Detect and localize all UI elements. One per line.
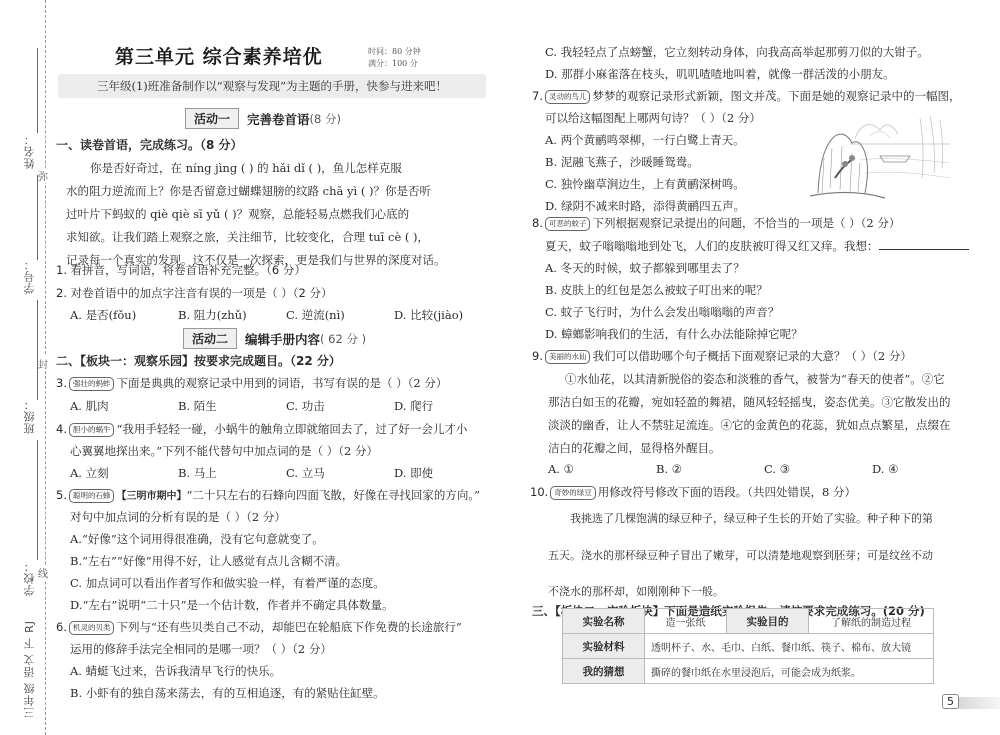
seal-mark: 线 [38,565,48,580]
question-tag: 强壮的蚂蚱 [69,377,115,391]
question-6: 6.机灵的贝类下列与“还有些贝类自己不动，却能巴在轮船底下作免费的长途旅行” [56,619,462,635]
name-label: 姓名： [22,133,38,169]
activity-1-score: (8 分) [310,111,341,127]
option-d[interactable]: D. ④ [872,462,980,476]
table-header-cell: 我的猜想 [563,659,645,684]
table-row: 实验材料 透明杯子、水、毛巾、白纸、餐巾纸、筷子、棉布、放大镜 [563,634,934,659]
option-c[interactable]: C. 功击 [286,398,394,414]
section-2-heading: 二、【板块一：观察乐园】按要求完成题目。（22 分） [56,352,341,369]
class-line [37,300,38,400]
question-text: “二十只左右的石蜂向四面飞散，好像在寻找回家的方向。” [186,488,480,502]
option-b[interactable]: B. ② [656,462,764,476]
option-b[interactable]: B. 陌生 [178,398,286,414]
seal-mark: 封 [38,356,48,371]
binding-margin: 姓名： 学号： 班级： 学校： 三年级 语文 下 RJ 弥 封 线 [0,0,48,735]
passage-line: 过叶片下蚂蚁的 qiè qiè sī yǔ ( )？观察，总能轻易点燃我们心底的 [66,206,409,222]
question-7-text-cont: 可以给这幅图配上哪两句诗？（ ）（2 分） [545,110,761,126]
table-row: 实验名称 造一张纸 实验目的 了解纸的制造过程 [563,609,934,634]
option-c[interactable]: C. 立马 [286,465,394,481]
option-a[interactable]: A. 冬天的时候，蚊子都躲到哪里去了？ [545,260,745,276]
question-4-options: A. 立刻 B. 马上 C. 立马 D. 即使 [70,465,502,481]
question-text: 梦梦的观察记录形式新颖，图文并茂。下面是她的观察记录中的一幅图， [592,89,960,103]
intro-banner: 三年级(1)班准备制作以“观察与发现”为主题的手册，快参与进来吧！ [58,74,486,98]
question-number: 5. [56,488,67,502]
activity-2-title: 编辑手册内容 [245,330,320,348]
option-c[interactable]: C. 逆流(nì) [286,307,394,323]
class-label: 班级： [22,398,38,434]
table-cell: 透明杯子、水、毛巾、白纸、餐巾纸、筷子、棉布、放大镜 [645,634,934,659]
passage-line: 洁白的花瓣之间，显得格外醒目。 [548,440,721,456]
activity-1-box: 活动一 [185,108,239,129]
question-text: “我用手轻轻一碰，小蜗牛的触角立即就缩回去了，过了好一会儿才小 [116,422,467,436]
seal-mark: 弥 [38,168,48,183]
passage-line: 淡淡的幽香，让人不禁驻足流连。④它的金黄色的花蕊，犹如点点繁星，点缀在 [548,417,951,433]
full-score: 满分：100 分 [368,58,421,70]
record-text: 夏天，蚊子嗡嗡嗡地到处飞，人们的皮肤被叮得又红又痒。我想： [545,239,879,253]
section-1-heading: 一、读卷首语，完成练习。（8 分） [56,136,243,153]
question-number: 6. [56,620,67,634]
option-a[interactable]: A. 是否(fǒu) [70,307,178,323]
question-9-options: A. ① B. ② C. ③ D. ④ [548,462,980,476]
option-c[interactable]: C. ③ [764,462,872,476]
option-c[interactable]: C. 我轻轻点了点螃蟹，它立刻转动身体，向我高高举起那剪刀似的大钳子。 [545,44,929,60]
question-tag: 灵动的鸟儿 [545,90,591,104]
option-b[interactable]: B. 阻力(zhǔ) [178,307,286,323]
activity-2-score: ( 62 分 ) [320,331,366,347]
option-a[interactable]: A.“好像”这个词用得很准确，没有它句意就变了。 [70,531,324,547]
willow-orioles-illustration [810,108,960,203]
question-number: 9. [532,349,543,363]
student-id-line [37,175,38,260]
passage-line: 你是否好奇过，在 níng jìng ( ) 的 hǎi dǐ ( )，鱼儿怎样… [90,160,402,176]
table-header-cell: 实验目的 [727,609,809,634]
question-3-options: A. 肌肉 B. 陌生 C. 功击 D. 爬行 [70,398,502,414]
question-tag: 奇妙的绿豆 [550,486,596,500]
table-cell: 撕碎的餐巾纸在水里浸泡后，可能会成为纸浆。 [645,659,934,684]
option-d[interactable]: D. 比较(jiào) [394,307,502,323]
book-label: 三年级 语文 下 RJ [22,620,38,718]
page-number: 5 [942,694,959,709]
question-1: 1. 看拼音，写词语，将卷首语补充完整。（6 分） [56,262,306,278]
exam-meta: 时间：80 分钟 满分：100 分 [368,46,421,70]
student-id-label: 学号： [22,258,38,294]
table-row: 我的猜想 撕碎的餐巾纸在水里浸泡后，可能会成为纸浆。 [563,659,934,684]
option-d[interactable]: D. 绿阴不减来时路，添得黄鹂四五声。 [545,198,745,214]
option-b[interactable]: B. 小虾有的独自荡来荡去，有的互相追逐，有的紧贴住缸壁。 [70,685,385,701]
question-6-text-cont: 运用的修辞手法完全相同的是哪一项？（ ）（2 分） [70,641,332,657]
question-number: 10. [530,485,548,499]
question-8-record: 夏天，蚊子嗡嗡嗡地到处飞，人们的皮肤被叮得又红又痒。我想： [545,238,969,254]
passage-line: 五天。浇水的那杯绿豆种子冒出了嫩芽，可以清楚地观察到胚芽；可是纹丝不动 [548,547,933,563]
passage-line: 不浇水的那杯却，如刚刚种下一般。 [548,583,724,599]
school-label: 学校： [22,560,38,596]
name-line [37,48,38,133]
question-4-text-cont: 心翼翼地探出来。”下列不能代替句中加点词的是（ ）（2 分） [70,443,378,459]
table-cell: 造一张纸 [645,609,727,634]
experiment-report-table: 实验名称 造一张纸 实验目的 了解纸的制造过程 实验材料 透明杯子、水、毛巾、白… [562,608,934,684]
passage-line: 我挑选了几棵饱满的绿豆种子，绿豆种子生长的开始了实验。种子种下的第 [570,510,933,526]
option-b[interactable]: B. 泥融飞燕子，沙暖睡鸳鸯。 [545,154,699,170]
question-10: 10.奇妙的绿豆用修改符号修改下面的语段。（共四处错误，8 分） [530,484,856,500]
question-9: 9.美丽的水仙我们可以借助哪个句子概括下面观察记录的大意？（ ）（2 分） [532,348,912,364]
table-header-cell: 实验材料 [563,634,645,659]
activity-1-heading: 活动一 完善卷首语 (8 分) [185,108,341,129]
question-5-text-cont: 对句中加点词的分析有误的是（ ）（2 分） [70,509,286,525]
page-title: 第三单元 综合素养培优 [115,42,323,69]
question-number: 4. [56,422,67,436]
question-2: 2. 对卷首语中的加点字注音有误的一项是（ ）（2 分） [56,285,333,301]
option-c[interactable]: C. 加点词可以看出作者写作和做实验一样，有着严谨的态度。 [70,575,385,591]
question-5: 5.聪明的石蜂【三明市期中】“二十只左右的石蜂向四面飞散，好像在寻找回家的方向。… [56,487,480,503]
question-text: 下面是典典的观察记录中用到的词语，书写有误的是（ ）（2 分） [116,376,447,390]
passage-line: 那洁白如玉的花瓣，宛如轻盈的舞裙，随风轻轻摇曳，姿态优美。③它散发出的 [548,394,951,410]
question-3: 3.强壮的蚂蚱下面是典典的观察记录中用到的词语，书写有误的是（ ）（2 分） [56,375,447,391]
question-tag: 机灵的贝类 [69,621,115,635]
question-2-options: A. 是否(fǒu) B. 阻力(zhǔ) C. 逆流(nì) D. 比较(ji… [70,307,502,323]
question-tag: 胆小的蜗牛 [69,423,115,437]
passage-line: 水的阻力逆流而上？你是否留意过蝴蝶翅膀的纹路 chā yì ( )？你是否听 [66,183,431,199]
option-b[interactable]: B. 马上 [178,465,286,481]
question-tag: 聪明的石蜂 [69,489,115,503]
option-c[interactable]: C. 独怜幽草涧边生，上有黄鹂深树鸣。 [545,176,745,192]
option-a[interactable]: A. ① [548,462,656,476]
option-a[interactable]: A. 两个黄鹂鸣翠柳，一行白鹭上青天。 [545,132,745,148]
page-header: 第三单元 综合素养培优 [115,42,323,69]
question-number: 7. [532,89,543,103]
option-b[interactable]: B. 皮肤上的红包是怎么被蚊子叮出来的呢？ [545,282,768,298]
question-tag: 可恶的蚊子 [545,217,591,231]
question-7: 7.灵动的鸟儿梦梦的观察记录形式新颖，图文并茂。下面是她的观察记录中的一幅图， [532,88,960,104]
passage-line: 求知欲。让我们踏上观察之旅，关注细节，比较变化，合理 tuī cè ( )， [66,229,429,245]
option-d[interactable]: D. 那群小麻雀落在枝头，叽叽喳喳地叫着，就像一群活泼的小朋友。 [545,66,895,82]
question-number: 3. [56,376,67,390]
option-a[interactable]: A. 肌肉 [70,398,178,414]
option-d[interactable]: D. 即使 [394,465,502,481]
question-tag: 美丽的水仙 [545,350,591,364]
option-d[interactable]: D. 爬行 [394,398,502,414]
question-8: 8.可恶的蚊子下列根据观察记录提出的问题，不恰当的一项是（ ）（2 分） [532,215,900,231]
school-line [37,440,38,560]
activity-2-box: 活动二 [183,328,237,349]
page-number-bar [958,697,1000,709]
question-source: 【三明市期中】 [116,491,186,502]
activity-2-heading: 活动二 编辑手册内容 ( 62 分 ) [183,328,366,349]
table-header-cell: 实验名称 [563,609,645,634]
question-number: 8. [532,216,543,230]
question-text: 下列与“还有些贝类自己不动，却能巴在轮船底下作免费的长途旅行” [116,620,461,634]
question-text: 我们可以借助哪个句子概括下面观察记录的大意？（ ）（2 分） [592,349,911,363]
time-limit: 时间：80 分钟 [368,46,421,58]
option-c[interactable]: C. 蚊子飞行时，为什么会发出嗡嗡嗡的声音？ [545,304,779,320]
option-a[interactable]: A. 立刻 [70,465,178,481]
answer-blank[interactable] [879,240,969,250]
question-4: 4.胆小的蜗牛“我用手轻轻一碰，小蜗牛的触角立即就缩回去了，过了好一会儿才小 [56,421,467,437]
question-text: 下列根据观察记录提出的问题，不恰当的一项是（ ）（2 分） [592,216,900,230]
option-b[interactable]: B.“左右”“好像”用得不好，让人感觉有点儿含糊不清。 [70,553,347,569]
option-a[interactable]: A. 蜻蜓飞过来，告诉我清早飞行的快乐。 [70,663,281,679]
question-text: 用修改符号修改下面的语段。（共四处错误，8 分） [598,485,856,499]
passage-line: ①水仙花，以其清新脱俗的姿态和淡雅的香气，被誉为“春天的使者”。②它 [565,371,945,387]
option-d[interactable]: D.“左右”说明“二十只”是一个估计数，作者并不确定具体数量。 [70,597,393,613]
option-d[interactable]: D. 蟑螂影响我们的生活，有什么办法能除掉它呢？ [545,326,803,342]
table-cell: 了解纸的制造过程 [809,609,934,634]
activity-1-title: 完善卷首语 [247,110,310,128]
